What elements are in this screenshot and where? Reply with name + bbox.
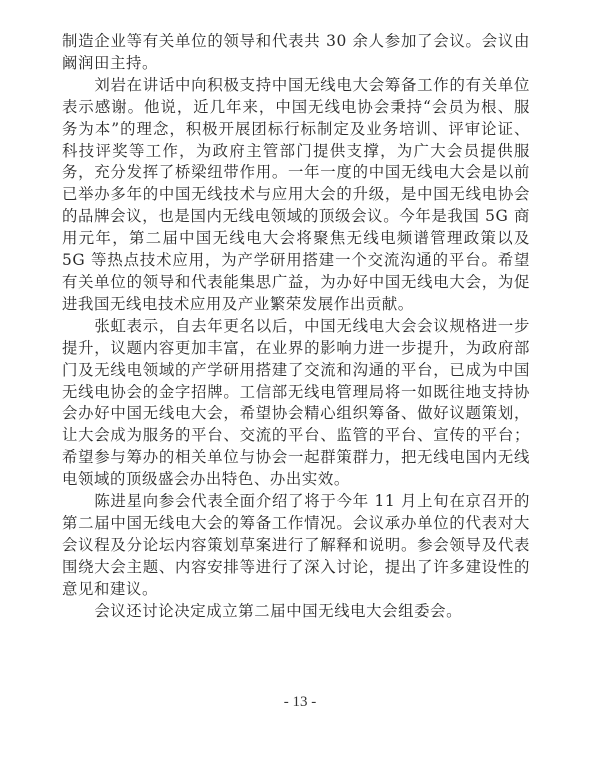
paragraph-chen-jinxing-report: 陈进星向参会代表全面介绍了将于今年 11 月上旬在京召开的第二届中国无线电大会的… (62, 491, 530, 601)
page-number: - 13 - (0, 694, 600, 711)
paragraph-liu-yan-speech: 刘岩在讲话中向积极支持中国无线电大会筹备工作的有关单位表示感谢。他说，近几年来，… (62, 75, 530, 316)
paragraph-zhang-hong-speech: 张虹表示，自去年更名以后，中国无线电大会会议规格进一步提升，议题内容更加丰富，在… (62, 316, 530, 491)
document-body: 制造企业等有关单位的领导和代表共 30 余人参加了会议。会议由阚润田主持。 刘岩… (62, 31, 530, 622)
paragraph-committee-decision: 会议还讨论决定成立第二届中国无线电大会组委会。 (62, 601, 530, 623)
paragraph-continuation: 制造企业等有关单位的领导和代表共 30 余人参加了会议。会议由阚润田主持。 (62, 31, 530, 75)
